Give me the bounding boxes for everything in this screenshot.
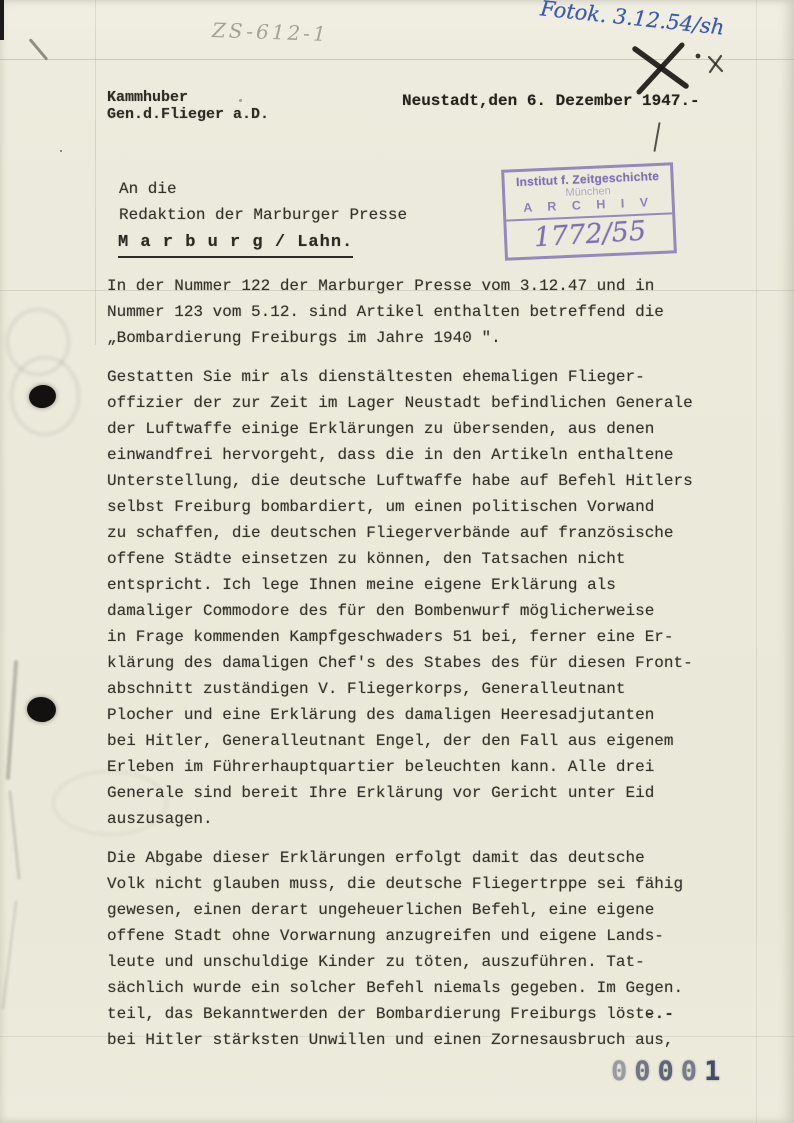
graphite-streak [8, 790, 20, 880]
typed-line: auszusagen. [107, 806, 693, 832]
page-number-digit: 0 [681, 1056, 704, 1087]
dust-speck [60, 150, 62, 152]
page-number-stamp: 00001 [611, 1056, 727, 1087]
pencil-slash-mark [29, 38, 49, 61]
recipient-city: M a r b u r g / Lahn. [118, 233, 353, 258]
typed-line: gewesen, einen derart ungeheuerlichen Be… [107, 897, 693, 923]
typed-line: Unterstellung, die deutsche Luftwaffe ha… [107, 468, 693, 494]
paragraph: Die Abgabe dieser Erklärungen erfolgt da… [107, 845, 693, 1053]
typed-line: Gestatten Sie mir als dienstältesten ehe… [107, 364, 693, 390]
graphite-streak [1, 900, 17, 1010]
typed-line: der Luftwaffe einige Erklärungen zu über… [107, 416, 693, 442]
smudge-mark [10, 356, 80, 436]
cross-mark [628, 40, 730, 98]
scanned-letter-page: ZS-612-1 Fotok. 3.12.54/sh Kammhuber Gen… [0, 0, 794, 1123]
typed-line: zu schaffen, die deutschen Fliegerverbän… [107, 520, 693, 546]
dateline: Neustadt,den 6. Dezember 1947.- [402, 92, 700, 110]
typed-line: „Bombardierung Freiburgs im Jahre 1940 "… [107, 325, 693, 351]
typed-line: in Frage kommenden Kampfgeschwaders 51 b… [107, 624, 693, 650]
typed-line: entspricht. Ich lege Ihnen meine eigene … [107, 572, 693, 598]
typed-line: bei Hitler, Generalleutnant Engel, der d… [107, 728, 693, 754]
page-number-digit: 0 [658, 1056, 681, 1087]
typed-line: Erleben im Führerhauptquartier beleuchte… [107, 754, 693, 780]
graphite-streak [6, 660, 18, 780]
archive-code-annotation: ZS-612-1 [212, 18, 330, 46]
typed-line: leute und unschuldige Kinder zu töten, a… [107, 949, 693, 975]
typed-line: offene Städte einsetzen zu können, den T… [107, 546, 693, 572]
paragraph: In der Nummer 122 der Marburger Presse v… [107, 273, 693, 351]
typed-line: bei Hitler stärksten Unwillen und einen … [107, 1027, 693, 1053]
typed-line: selbst Freiburg bombardiert, um einen po… [107, 494, 693, 520]
sender-title: Gen.d.Flieger a.D. [107, 106, 269, 123]
typed-line: Volk nicht glauben muss, die deutsche Fl… [107, 871, 693, 897]
typed-line: sächlich wurde ein solcher Befehl niemal… [107, 975, 693, 1001]
paragraph: Gestatten Sie mir als dienstältesten ehe… [107, 364, 693, 832]
typed-line: Nummer 123 vom 5.12. sind Artikel enthal… [107, 299, 693, 325]
page-number-digit: 1 [704, 1056, 727, 1087]
typed-line: abschnitt zuständigen V. Fliegerkorps, G… [107, 676, 693, 702]
typed-line: damaliger Commodore des für den Bombenwu… [107, 598, 693, 624]
sender-block: Kammhuber Gen.d.Flieger a.D. [107, 89, 269, 123]
fold-crease [95, 0, 96, 345]
typed-line: In der Nummer 122 der Marburger Presse v… [107, 273, 693, 299]
archive-stamp-header: Institut f. Zeitgeschichte München A R C… [504, 165, 672, 221]
page-number-digit: 0 [634, 1056, 657, 1087]
photo-note-annotation: Fotok. 3.12.54/sh [539, 0, 725, 40]
typed-line: teil, das Bekanntwerden der Bombardierun… [107, 1001, 693, 1027]
typed-line: offene Stadt ohne Vorwarnung anzugreifen… [107, 923, 693, 949]
typed-line: offizier der zur Zeit im Lager Neustadt … [107, 390, 693, 416]
sender-name: Kammhuber [107, 89, 269, 106]
letter-body: In der Nummer 122 der Marburger Presse v… [107, 273, 693, 1066]
fold-crease [756, 0, 757, 1123]
recipient-block: An die Redaktion der Marburger Presse [119, 176, 407, 228]
ink-dot [696, 54, 701, 59]
scan-edge-artifact [0, 0, 4, 40]
typed-line: Generale sind bereit Ihre Erklärung vor … [107, 780, 693, 806]
archive-stamp: Institut f. Zeitgeschichte München A R C… [501, 162, 677, 260]
typed-line: Die Abgabe dieser Erklärungen erfolgt da… [107, 845, 693, 871]
closing-mark: -.- [645, 1005, 674, 1023]
page-number-digit: 0 [611, 1056, 634, 1087]
recipient-line2: Redaktion der Marburger Presse [119, 202, 407, 228]
punch-hole [26, 696, 57, 724]
recipient-line1: An die [119, 176, 407, 202]
handwritten-slash [653, 122, 660, 152]
typed-line: Plocher und eine Erklärung des damaligen… [107, 702, 693, 728]
typed-line: klärung des damaligen Chef's des Stabes … [107, 650, 693, 676]
typed-line: einwandfrei hervorgeht, dass die in den … [107, 442, 693, 468]
